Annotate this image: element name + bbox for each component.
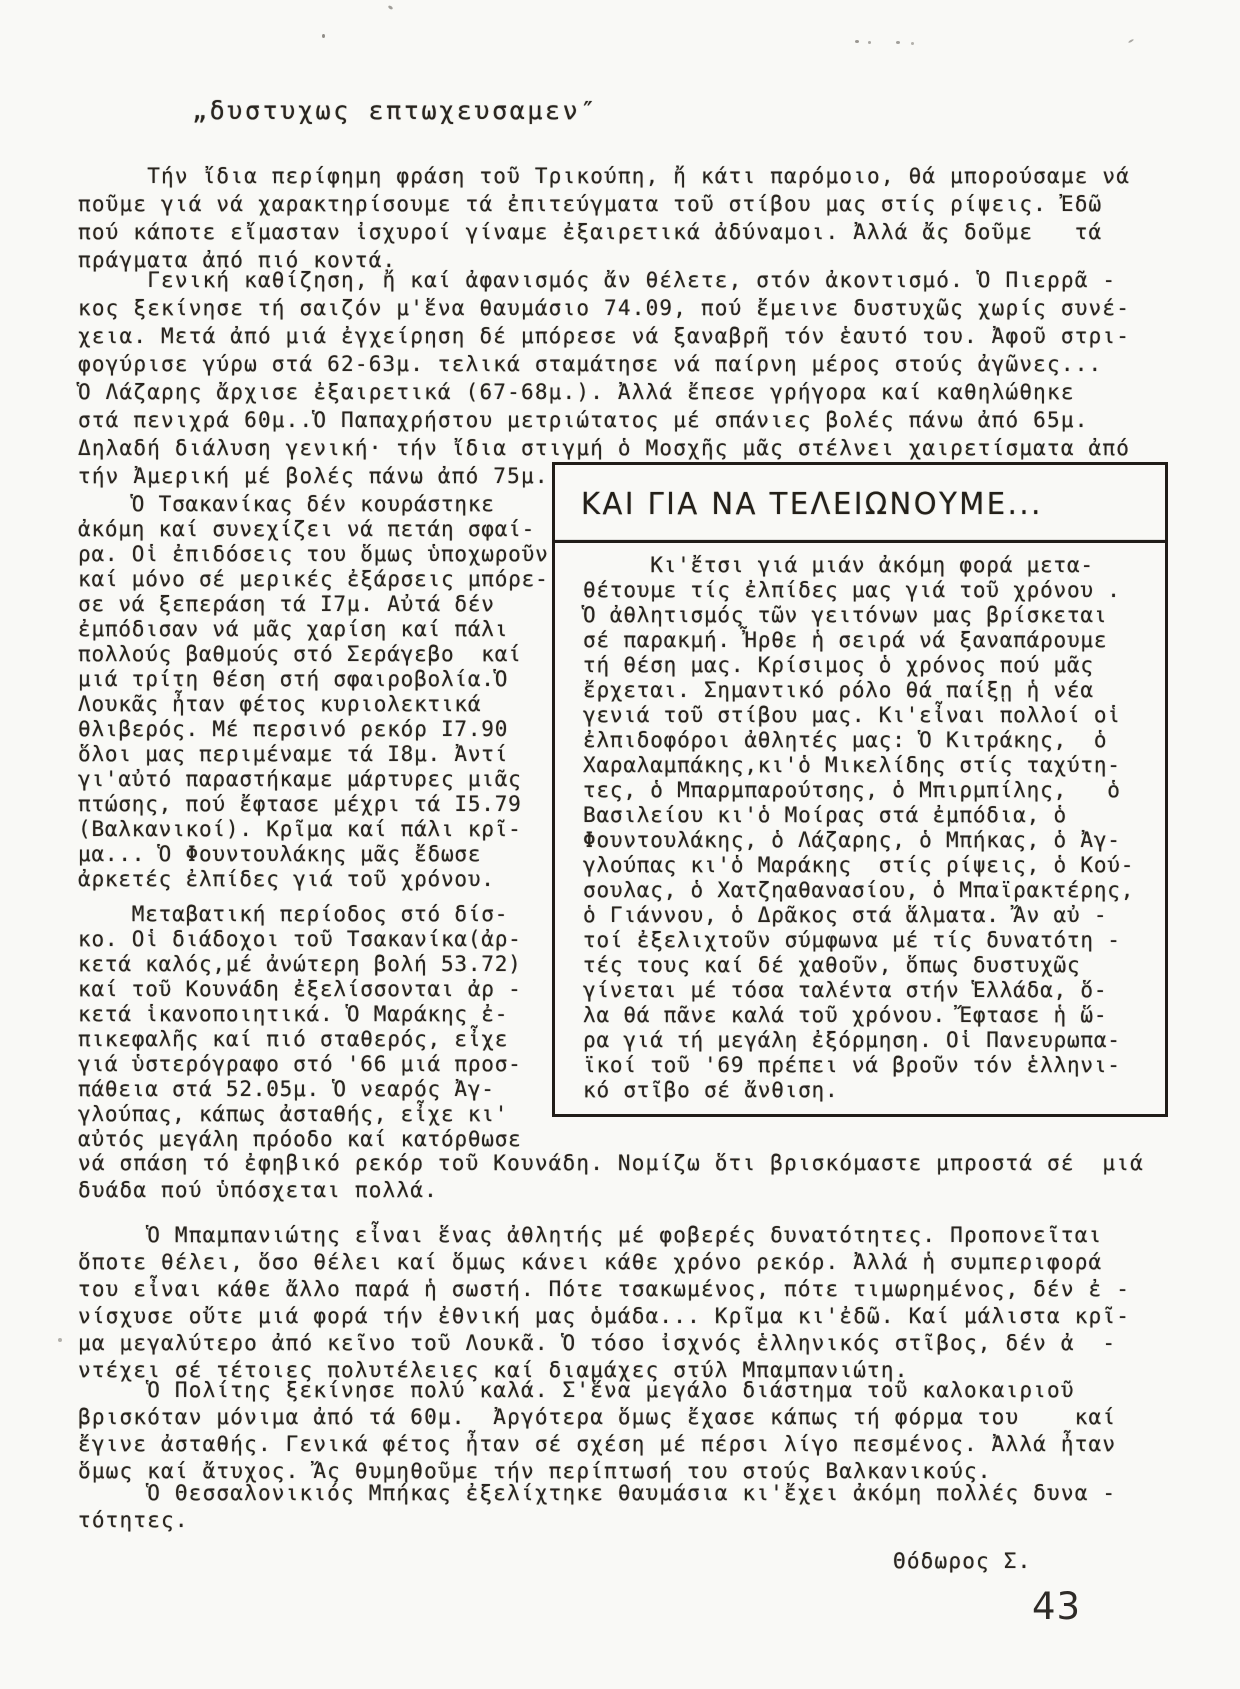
- closing-remarks-box: ΚΑΙ ΓΙΑ ΝΑ ΤΕΛΕΙΩΝΟΥΜΕ... Κι'ἔτσι γιά μι…: [552, 462, 1168, 1117]
- scan-speck: [896, 41, 900, 44]
- closing-box-body: Κι'ἔτσι γιά μιάν ἀκόμη φορά μετα-θέτουμε…: [555, 540, 1165, 1103]
- scan-speck: [868, 41, 871, 44]
- scanned-document-page: „δυστυχως επτωχευσαμεν″ Τήν ἴδια περίφημ…: [0, 0, 1240, 1689]
- paragraph-bikas: Ὁ Θεσσαλονικιός Μπήκας ἐξελίχτηκε θαυμάσ…: [78, 1480, 1116, 1534]
- scan-speck: [388, 5, 394, 10]
- page-number: 43: [1032, 1585, 1081, 1628]
- paragraph-discus-continuation: νά σπάση τό ἐφηβικό ρεκόρ τοῦ Κουνάδη. Ν…: [78, 1150, 1144, 1204]
- left-column-paragraph-discus: Μεταβατική περίοδος στό δίσ-κο. Οἱ διάδο…: [78, 902, 522, 1152]
- scan-speck: [1128, 39, 1134, 44]
- article-title: „δυστυχως επτωχευσαμεν″: [192, 96, 598, 125]
- author-signature: Θόδωρος Σ.: [893, 1549, 1031, 1573]
- scan-speck: [855, 40, 859, 43]
- paragraph-politis: Ὁ Πολίτης ξεκίνησε πολύ καλά. Σ'ἕνα μεγά…: [78, 1377, 1116, 1485]
- paragraph-javelin: Γενική καθίζηση, ἤ καί ἀφανισμός ἄν θέλε…: [78, 266, 1130, 490]
- closing-box-heading: ΚΑΙ ΓΙΑ ΝΑ ΤΕΛΕΙΩΝΟΥΜΕ...: [555, 465, 1165, 543]
- paragraph-bampaniotis: Ὁ Μπαμπανιώτης εἶναι ἕνας ἀθλητής μέ φοβ…: [78, 1222, 1130, 1384]
- paragraph-intro: Τήν ἴδια περίφημη φράση τοῦ Τρικούπη, ἤ …: [78, 162, 1130, 274]
- scan-speck: [322, 34, 325, 38]
- scan-speck: [911, 42, 914, 45]
- scan-speck: [58, 1338, 62, 1342]
- left-column-paragraph-shotput: Ὁ Τσακανίκας δέν κουράστηκεἀκόμη καί συν…: [78, 492, 549, 892]
